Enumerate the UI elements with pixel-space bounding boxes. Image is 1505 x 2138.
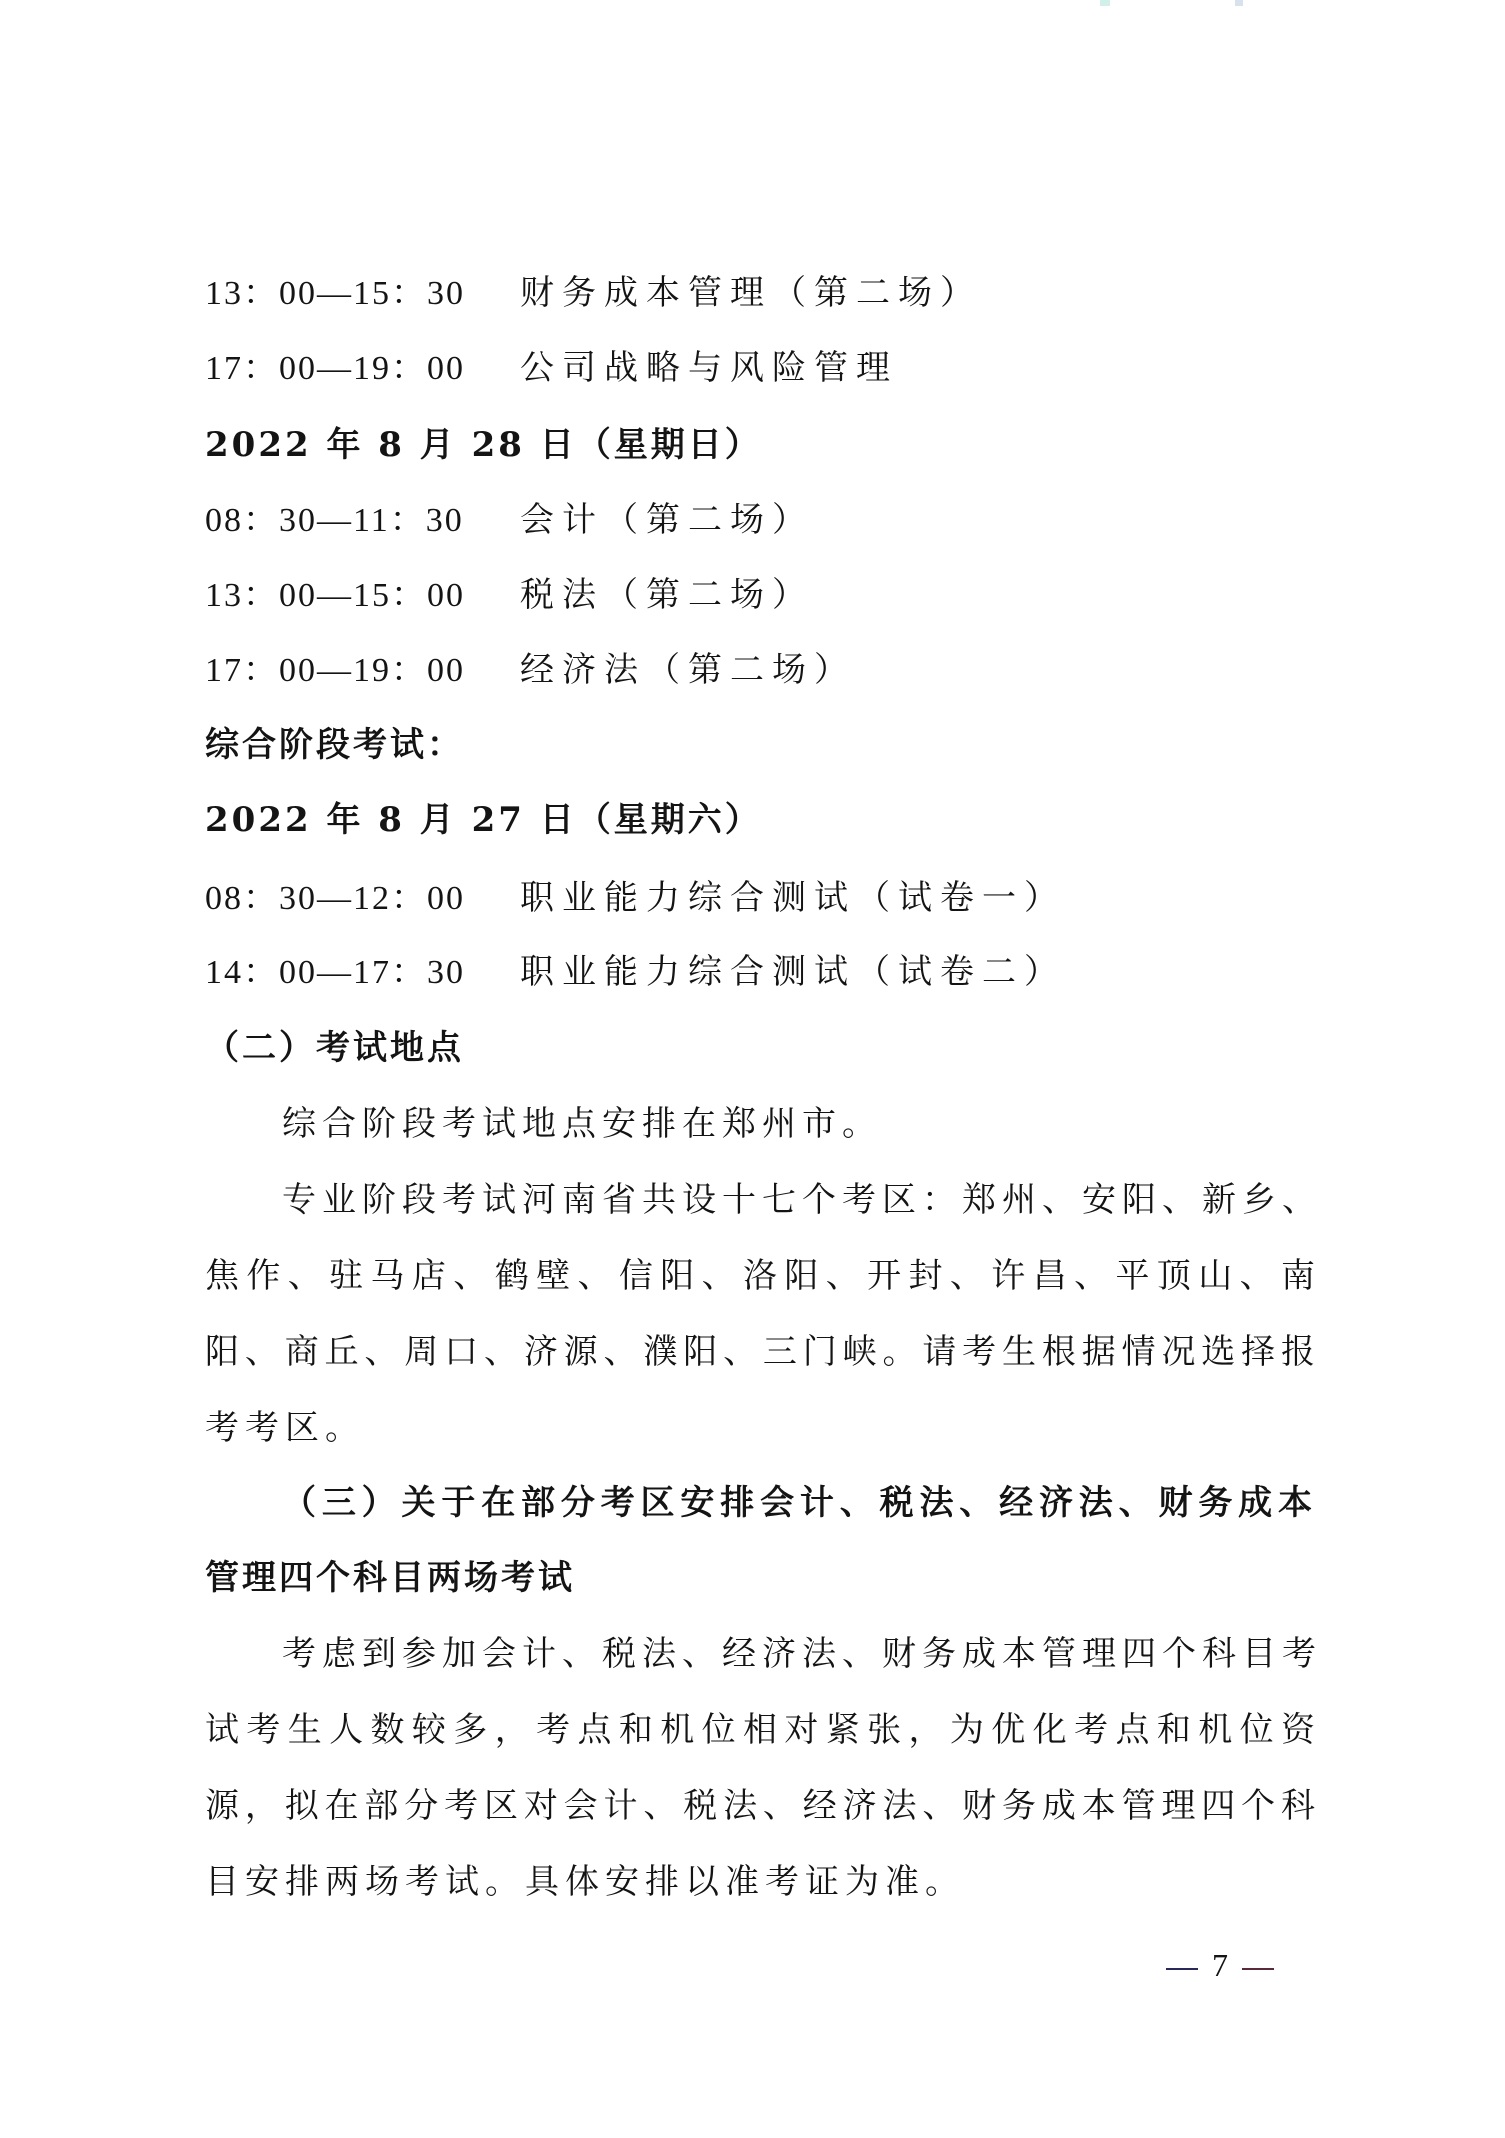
schedule-row: 08：30—11：30会计（第二场）: [205, 482, 1315, 558]
paragraph-line: 考考区。: [205, 1390, 1315, 1466]
page-number: 7: [1150, 1935, 1290, 1995]
schedule-time: 08：30—12：00: [205, 861, 520, 937]
schedule-subject: 经济法（第二场）: [520, 650, 856, 690]
schedule-time: 13：00—15：00: [205, 558, 520, 634]
paragraph-line: 专业阶段考试河南省共设十七个考区：郑州、安阳、新乡、: [282, 1162, 1315, 1238]
date-heading: 2022 年 8 月 28 日（星期日）: [205, 407, 1315, 483]
section-heading-two-sessions: （三）关于在部分考区安排会计、税法、经济法、财务成本: [282, 1465, 1315, 1541]
paragraph-line: 源，拟在部分考区对会计、税法、经济法、财务成本管理四个科: [205, 1768, 1315, 1844]
page-number-value: 7: [1212, 1947, 1228, 1983]
section-heading-exam-location: （二）考试地点: [205, 1010, 1315, 1086]
paragraph-line: 阳、商丘、周口、济源、濮阳、三门峡。请考生根据情况选择报: [205, 1314, 1315, 1390]
document-page: 13：00—15：30财务成本管理（第二场） 17：00—19：00公司战略与风…: [0, 0, 1505, 2138]
paragraph-line: 试考生人数较多，考点和机位相对紧张，为优化考点和机位资: [205, 1692, 1315, 1768]
schedule-subject: 职业能力综合测试（试卷二）: [520, 952, 1066, 992]
schedule-row: 17：00—19：00经济法（第二场）: [205, 632, 1315, 708]
dash-decoration: [1242, 1968, 1274, 1970]
schedule-subject: 职业能力综合测试（试卷一）: [520, 878, 1066, 918]
scan-artifact: [1235, 0, 1243, 6]
paragraph-line: 目安排两场考试。具体安排以准考证为准。: [205, 1844, 1315, 1920]
paragraph-line: 考虑到参加会计、税法、经济法、财务成本管理四个科目考: [282, 1616, 1315, 1692]
paragraph-line: 焦作、驻马店、鹤壁、信阳、洛阳、开封、许昌、平顶山、南: [205, 1238, 1315, 1314]
dash-decoration: [1166, 1968, 1198, 1970]
schedule-row: 08：30—12：00职业能力综合测试（试卷一）: [205, 860, 1315, 936]
schedule-time: 17：00—19：00: [205, 633, 520, 709]
scan-artifact: [1100, 0, 1110, 6]
schedule-subject: 公司战略与风险管理: [520, 348, 898, 388]
schedule-row: 13：00—15：00税法（第二场）: [205, 557, 1315, 633]
schedule-time: 13：00—15：30: [205, 256, 520, 332]
paragraph: 综合阶段考试地点安排在郑州市。: [282, 1086, 1315, 1162]
section-heading-comprehensive: 综合阶段考试：: [205, 707, 1315, 783]
date-heading: 2022 年 8 月 27 日（星期六）: [205, 782, 1315, 858]
schedule-subject: 财务成本管理（第二场）: [520, 273, 982, 313]
schedule-subject: 会计（第二场）: [520, 500, 814, 540]
schedule-time: 17：00—19：00: [205, 331, 520, 407]
schedule-time: 14：00—17：30: [205, 935, 520, 1011]
schedule-row: 14：00—17：30职业能力综合测试（试卷二）: [205, 934, 1315, 1010]
schedule-row: 17：00—19：00公司战略与风险管理: [205, 330, 1315, 406]
schedule-row: 13：00—15：30财务成本管理（第二场）: [205, 255, 1315, 331]
schedule-subject: 税法（第二场）: [520, 575, 814, 615]
schedule-time: 08：30—11：30: [205, 483, 520, 559]
section-heading-two-sessions: 管理四个科目两场考试: [205, 1540, 1315, 1616]
